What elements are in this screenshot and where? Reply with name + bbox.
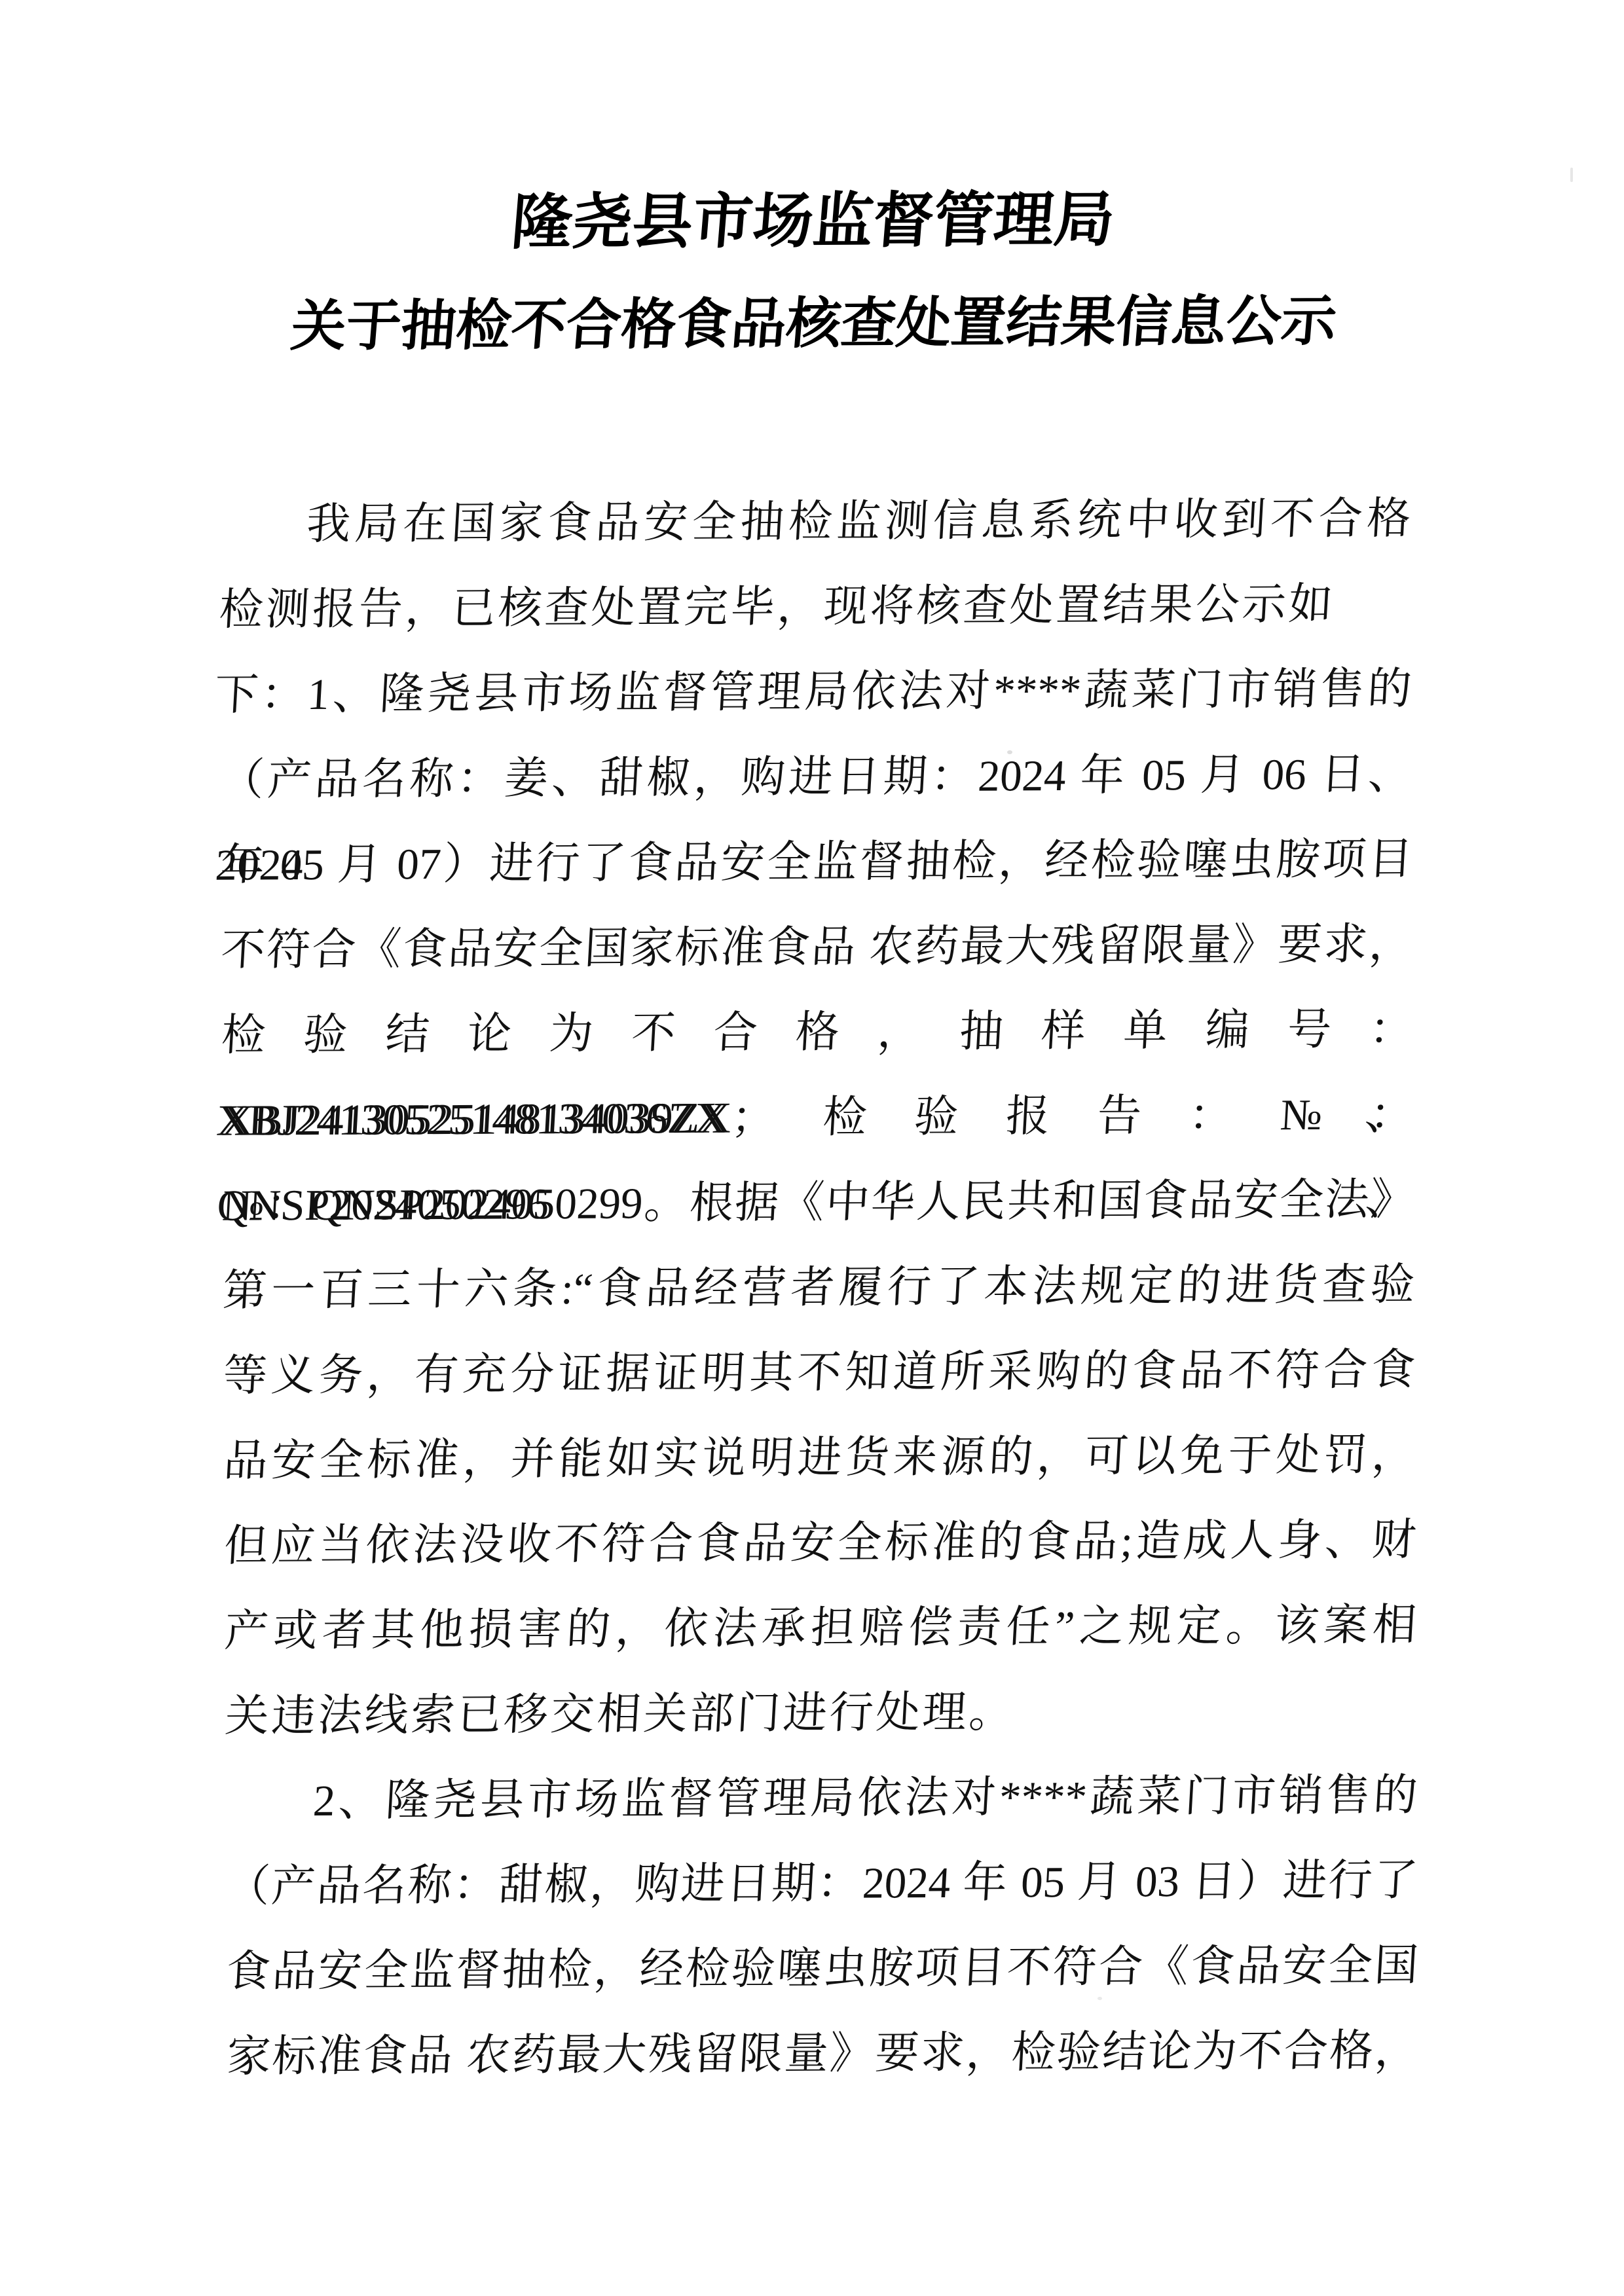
body-line: №：QNSP2024050299。根据《中华人民共和国食品安全法》 <box>220 1157 1416 1248</box>
body-line: 不符合《食品安全国家标准食品 农药最大残留限量》要求， <box>219 902 1415 993</box>
page-title-line2: 关于抽检不合格食品核查处置结果信息公示 <box>215 294 1412 355</box>
body-lines: 我局在国家食品安全抽检监测信息系统中收到不合格检测报告，已核查处置完毕，现将核查… <box>219 476 1419 2099</box>
body-line: 食品安全监督抽检，经检验噻虫胺项目不符合《食品安全国 <box>224 1923 1420 2014</box>
body-line: 但应当依法没收不符合食品安全标准的食品;造成人身、财 <box>222 1497 1418 1589</box>
body-line: 等义务，有充分证据证明其不知道所采购的食品不符合食 <box>221 1327 1417 1419</box>
body-line: （产品名称：甜椒，购进日期：2024 年 05 月 03 日）进行了 <box>223 1838 1420 1929</box>
body-line: 家标准食品 农药最大残留限量》要求，检验结论为不合格， <box>225 2008 1421 2100</box>
page-title-line1: 隆尧县市场监督管理局 <box>215 188 1412 255</box>
body-line: 1、隆尧县市场监督管理局依法对****蔬菜门市销售的 <box>217 646 1414 738</box>
body-line: 关违法线索已移交相关部门进行处理。 <box>223 1667 1419 1759</box>
body-line: 年 05 月 07）进行了食品安全监督抽检，经检验噻虫胺项目 <box>218 816 1414 908</box>
document-page: 隆尧县市场监督管理局 关于抽检不合格食品核查处置结果信息公示 我局在国家食品安全… <box>0 0 1624 2296</box>
body-line: （产品名称：姜、甜椒，购进日期：2024 年 05 月 06 日、2024 <box>218 731 1414 823</box>
scan-speck <box>1570 168 1573 182</box>
body-line: 我局在国家食品安全抽检监测信息系统中收到不合格 <box>217 476 1413 568</box>
body-line: 产或者其他损害的，依法承担赔偿责任”之规定。该案相 <box>222 1582 1418 1674</box>
body-line: 第一百三十六条:“食品经营者履行了本法规定的进货查验 <box>221 1242 1417 1334</box>
body-line: XBJ24130525148134039ZX；检验报告：№：QNSP202405… <box>219 1072 1416 1163</box>
body-line: 品安全标准，并能如实说明进货来源的，可以免于处罚， <box>221 1412 1418 1504</box>
body-line: 检验结论为不合格，抽样单编号：XBJ24130525148134036ZX、 <box>219 987 1416 1078</box>
body-line: 检测报告，已核查处置完毕，现将核查处置结果公示如下： <box>217 561 1413 653</box>
document-content: 隆尧县市场监督管理局 关于抽检不合格食品核查处置结果信息公示 我局在国家食品安全… <box>216 0 1419 2100</box>
body-line: 2、隆尧县市场监督管理局依法对****蔬菜门市销售的 <box>223 1753 1420 1844</box>
